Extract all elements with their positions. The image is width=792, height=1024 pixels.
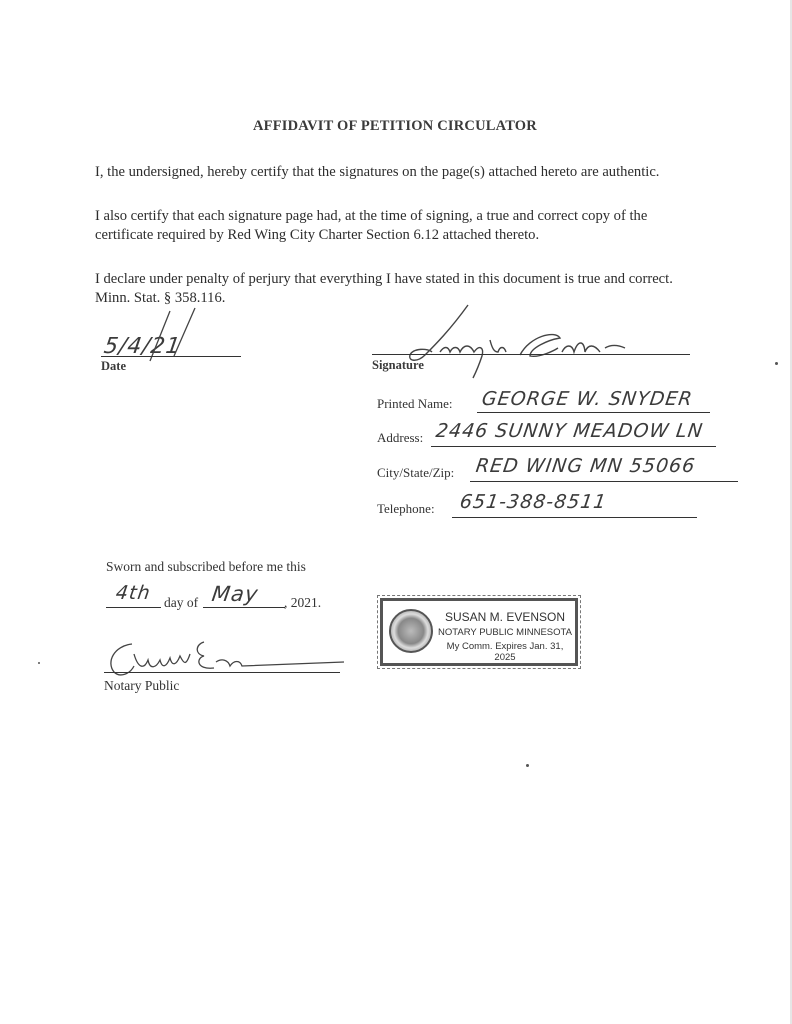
scan-speck [775, 362, 778, 365]
notary-public-label: Notary Public [104, 678, 179, 694]
certification-paragraph: I, the undersigned, hereby certify that … [95, 163, 659, 182]
certificate-paragraph: I also certify that each signature page … [95, 207, 647, 245]
printed-name-value: GEORGE W. SNYDER [480, 388, 694, 410]
certificate-line-2: certificate required by Red Wing City Ch… [95, 226, 647, 245]
circulator-signature [380, 300, 700, 380]
month-value: May [210, 582, 260, 606]
address-line [431, 446, 716, 447]
year-text: , 2021. [284, 595, 321, 611]
city-state-zip-label: City/State/Zip: [377, 465, 454, 481]
stamp-expiration: My Comm. Expires Jan. 31, 2025 [437, 641, 573, 663]
day-line [106, 607, 161, 608]
signature-label: Signature [372, 358, 424, 373]
address-value: 2446 SUNNY MEADOW LN [434, 420, 704, 442]
city-state-zip-line [470, 481, 738, 482]
notary-signature [104, 634, 354, 684]
telephone-value: 651-388-8511 [458, 491, 608, 513]
month-line [203, 607, 285, 608]
perjury-line: I declare under penalty of perjury that … [95, 270, 673, 289]
signature-line [372, 354, 690, 355]
address-label: Address: [377, 430, 423, 446]
certificate-line-1: I also certify that each signature page … [95, 207, 647, 226]
document-title: AFFIDAVIT OF PETITION CIRCULATOR [253, 118, 537, 135]
date-slash-strokes [140, 306, 220, 366]
sworn-text: Sworn and subscribed before me this [106, 559, 306, 575]
printed-name-label: Printed Name: [377, 396, 452, 412]
scan-speck [526, 764, 529, 767]
date-line [101, 356, 241, 357]
stamp-name: SUSAN M. EVENSON [437, 610, 573, 624]
notary-signature-line [104, 672, 340, 673]
city-state-zip-value: RED WING MN 55066 [474, 455, 696, 477]
stamp-title: NOTARY PUBLIC MINNESOTA [437, 627, 573, 638]
day-of-label: day of [164, 595, 198, 611]
day-value: 4th [114, 582, 152, 604]
state-seal-icon [389, 609, 433, 653]
date-label: Date [101, 359, 126, 374]
telephone-label: Telephone: [377, 501, 435, 517]
telephone-line [452, 517, 697, 518]
notary-stamp: SUSAN M. EVENSON NOTARY PUBLIC MINNESOTA… [380, 598, 578, 666]
scan-speck [38, 662, 40, 664]
printed-name-line [477, 412, 710, 413]
